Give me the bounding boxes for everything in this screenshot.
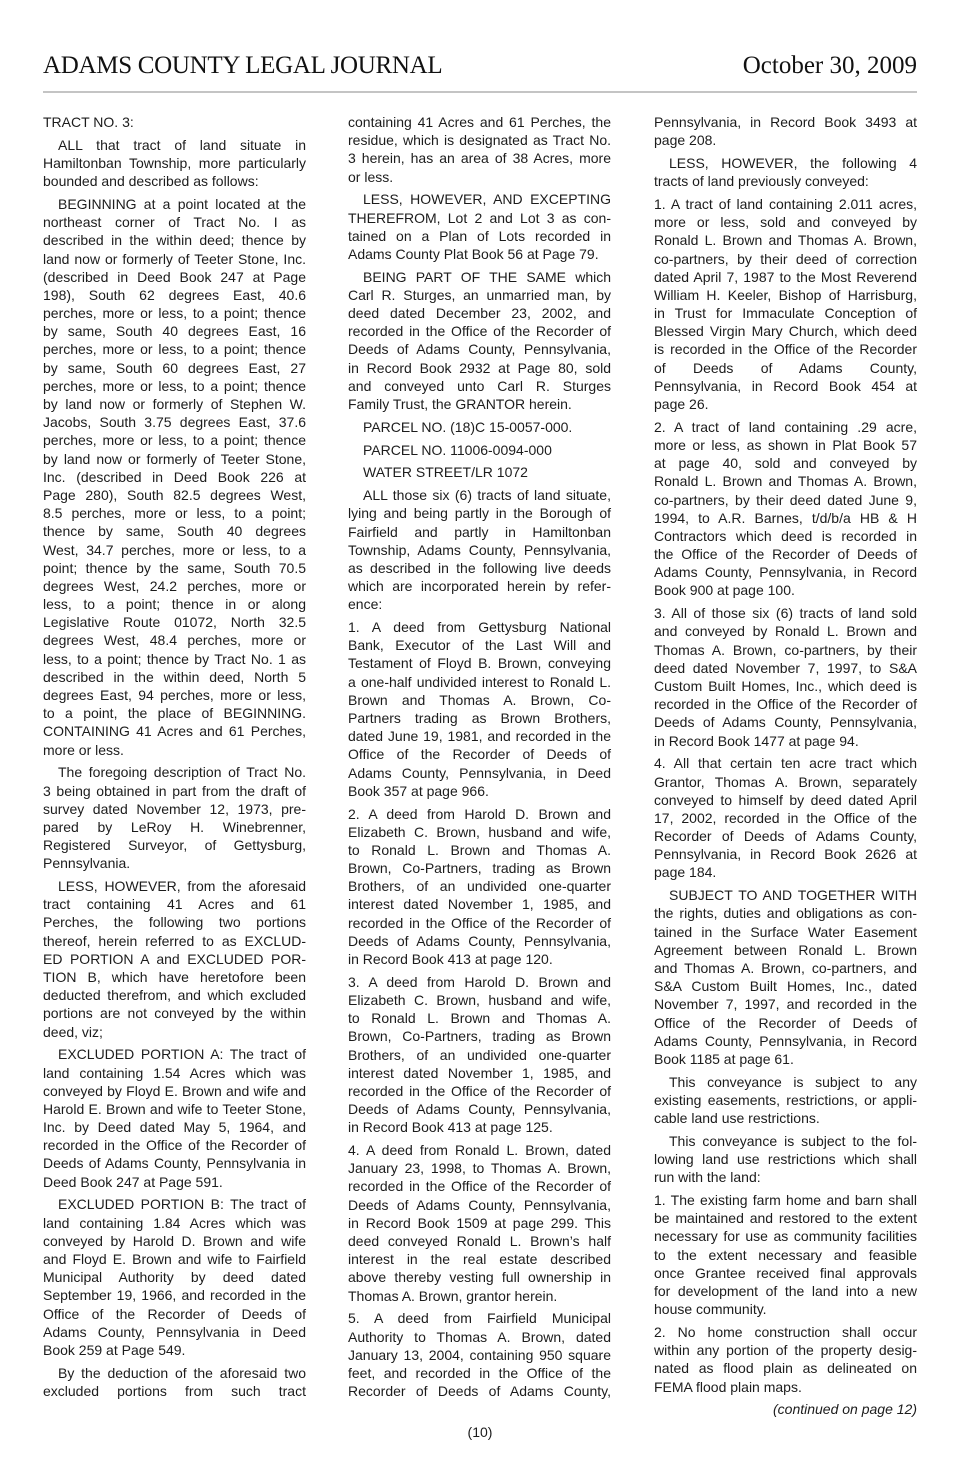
text-line: Deeds of Adams County, Pennsylvania, [348,932,611,950]
column-1: TRACT NO. 3:ALL that tract of land situa… [43,113,306,1405]
text-line: of Deeds of Adams County, [654,359,917,377]
text-line: This conveyance is subject to the fol- [654,1132,917,1150]
text-line: be maintained and restored to the extent [654,1209,917,1227]
text-line: Adams County, Pennsylvania, in Deed [348,764,611,782]
text-line: Municipal Authority by deed dated [43,1268,306,1286]
text-line: deed dated December 23, 2002, and [348,304,611,322]
text-line: LESS, HOWEVER, the following 4 [654,154,917,172]
text-line: and conveyed by Ronald L. Brown and [654,622,917,640]
text-line: to Ronald L. Brown and Thomas A. [348,841,611,859]
text-line: once Grantee received final approvals [654,1264,917,1282]
text-line: interest in the real estate described [348,1250,611,1268]
paragraph: TRACT NO. 3: [43,113,306,131]
text-line: by same, South 60 degrees East, 27 [43,359,306,377]
text-line: Agreement between Ronald L. Brown [654,941,917,959]
text-line: above thereby vesting full ownership in [348,1268,611,1286]
text-line: Thomas A. Brown, co-partners, by their [654,641,917,659]
text-line: 2. A deed from Harold D. Brown and [348,805,611,823]
text-line: Elizabeth C. Brown, husband and wife, [348,991,611,1009]
text-line: Book 900 at page 100. [654,581,917,599]
text-line: 17, 2002, recorded in the Office of the [654,809,917,827]
text-line: Ronald L. Brown and Thomas A. Brown, [654,472,917,490]
text-line: lowing land use restrictions which shall [654,1150,917,1168]
paragraph: EXCLUDED PORTION A: The tract ofland con… [43,1045,306,1191]
text-line: The foregoing description of Tract No. [43,763,306,781]
text-line: Adams County, Pennsylvania, in Record [654,1032,917,1050]
text-line: page 26. [654,395,917,413]
issue-date: October 30, 2009 [743,52,917,80]
text-line: recorded in the Office of the Recorder o… [348,1177,611,1195]
text-line: William H. Keeler, Bishop of Harrisburg, [654,286,917,304]
text-line: Office of the Recorder of Deeds of [654,1014,917,1032]
text-line: Inc. by Deed dated May 5, 1964, and [43,1118,306,1136]
text-line: PARCEL NO. (18)C 15-0057-000. [348,418,611,436]
paragraph: This conveyance is subject to anyexistin… [654,1073,917,1128]
text-line: West, 34.7 perches, more or less, to a [43,541,306,559]
text-line: Recorder of Deeds of Adams County, [348,1382,611,1400]
text-line: 3. All of those six (6) tracts of land s… [654,604,917,622]
text-line: described in the within deed; thence by [43,231,306,249]
text-line: deed, viz; [43,1023,306,1041]
text-line: recorded in the Office of the Recorder o… [43,1136,306,1154]
paragraph: LESS, HOWEVER, from the aforesaidtract c… [43,877,306,1041]
text-line: CONTAINING 41 Acres and 61 Perches, [43,722,306,740]
text-line: Registered Surveyor, of Gettysburg, [43,836,306,854]
text-line: deducted therefrom, and which excluded [43,986,306,1004]
text-line: 198), South 62 degrees East, 40.6 [43,286,306,304]
text-line: FEMA flood plain maps. [654,1378,917,1396]
text-line: EXCLUDED PORTION A: The tract of [43,1045,306,1063]
text-line: Carl R. Sturges, an unmarried man, by [348,286,611,304]
text-line: less, to a point; thence in or along [43,595,306,613]
text-line: more or less, as shown in Plat Book 57 [654,436,917,454]
text-line: survey dated November 12, 1973, pre- [43,800,306,818]
text-line: deed dated November 7, 1997, to S&A [654,659,917,677]
text-line: Office of the Recorder of Deeds of [348,745,611,763]
text-line: 1994, to A.R. Barnes, t/d/b/a HB & H [654,509,917,527]
text-line: Grantor, Thomas A. Brown, separately [654,773,917,791]
text-line: in Record Book 413 at page 125. [348,1118,611,1136]
paragraph: LESS, HOWEVER, the following 4tracts of … [654,154,917,190]
text-line: in Record Book 1477 at page 94. [654,732,917,750]
text-line: by land now or formerly of Stephen W. [43,395,306,413]
paragraph: PARCEL NO. (18)C 15-0057-000. [348,418,611,436]
header-divider [43,91,917,93]
text-line: 1. A tract of land containing 2.011 acre… [654,195,917,213]
text-line: recorded in the Office of the Recorder o… [348,914,611,932]
text-line: Deeds of Adams County, Pennsylvania, [348,1196,611,1214]
text-line: perches, more or less, to a point; thenc… [43,340,306,358]
text-line: Page 280), South 82.5 degrees West, [43,486,306,504]
text-line: the Office of the Recorder of Deeds of [654,545,917,563]
text-line: Township, Adams County, Pennsylvania, [348,541,611,559]
paragraph: BEGINNING at a point located at thenorth… [43,195,306,759]
text-line: deed conveyed Ronald L. Brown’s half [348,1232,611,1250]
paragraph: 4. A deed from Ronald L. Brown, datedJan… [348,1141,611,1305]
publication-title: ADAMS COUNTY LEGAL JOURNAL [43,52,442,80]
paragraph: ALL that tract of land situate inHamilto… [43,136,306,191]
text-line: Office of the Recorder of Deeds of [43,1305,306,1323]
text-line: LESS, HOWEVER, from the aforesaid [43,877,306,895]
text-line: excluded portions from such tract [43,1382,306,1400]
paragraph: 1. The existing farm home and barn shall… [654,1191,917,1318]
text-line: Deeds of Adams County, Pennsylvania, [654,713,917,731]
text-line: northeast corner of Tract No. I as [43,213,306,231]
text-line: ALL those six (6) tracts of land situate… [348,486,611,504]
text-line: Brothers, of an undivided one-quarter [348,1046,611,1064]
text-line: Ronald L. Brown and Thomas A. Brown, [654,231,917,249]
text-line: Elizabeth C. Brown, husband and wife, [348,823,611,841]
text-line: ALL that tract of land situate in [43,136,306,154]
text-line: containing 41 Acres and 61 Perches, the [348,113,611,131]
text-line: Hamiltonban Township, more particularly [43,154,306,172]
text-line: Pennsylvania, in Record Book 3493 at [654,113,917,131]
text-line: WATER STREET/LR 1072 [348,463,611,481]
text-line: November 7, 1997, and recorded in the [654,995,917,1013]
text-line: nated as flood plain as delineated on [654,1359,917,1377]
text-line: tracts of land previously conveyed: [654,172,917,190]
paragraph: PARCEL NO. 11006-0094-000 [348,441,611,459]
text-line: dated April 7, 1987 to the Most Reverend [654,268,917,286]
text-line: perches, more or less, to a point; thenc… [43,377,306,395]
text-line: Pennsylvania, in Record Book 454 at [654,377,917,395]
text-line: degrees East, 94 perches, more or less, [43,686,306,704]
paragraph: LESS, HOWEVER, AND EXCEPTINGTHEREFROM, L… [348,190,611,263]
text-line: BEING PART OF THE SAME which [348,268,611,286]
text-line: tained on a Plan of Lots recorded in [348,227,611,245]
text-line: Family Trust, the GRANTOR herein. [348,395,611,413]
text-line: to a point, the place of BEGINNING. [43,704,306,722]
text-line: conveyed by Harold D. Brown and wife [43,1232,306,1250]
paragraph: ALL those six (6) tracts of land situate… [348,486,611,613]
text-line: portions are not conveyed by the within [43,1004,306,1022]
text-line: Fairfield and partly in Hamiltonban [348,523,611,541]
text-line: land containing 1.84 Acres which was [43,1214,306,1232]
text-line: described in the within deed, North 5 [43,668,306,686]
text-line: cable land use restrictions. [654,1109,917,1127]
paragraph: SUBJECT TO AND TOGETHER WITHthe rights, … [654,886,917,1068]
masthead: ADAMS COUNTY LEGAL JOURNAL October 30, 2… [43,52,917,84]
text-line: more or less, sold and conveyed by [654,213,917,231]
text-line: S&A Custom Built Homes, Inc., dated [654,977,917,995]
paragraph: 3. A deed from Harold D. Brown andElizab… [348,973,611,1137]
text-line: by land now or formerly of Teeter Stone, [43,450,306,468]
text-line: recorded in the Office of the Recorder o… [654,695,917,713]
text-line: Adams County Plat Book 56 at Page 79. [348,245,611,263]
text-line: Deeds of Adams County, Pennsylvania in [43,1154,306,1172]
text-line: recorded in the Office of the Recorder o… [348,1082,611,1100]
text-line: 3 herein, has an area of 38 Acres, more [348,149,611,167]
text-line: 3. A deed from Harold D. Brown and [348,973,611,991]
text-line: LESS, HOWEVER, AND EXCEPTING [348,190,611,208]
text-line: which are incorporated herein by refer- [348,577,611,595]
text-line: Deeds of Adams County, Pennsylvania, [348,1100,611,1118]
paragraph: By the deduction of the aforesaid twoexc… [43,1364,306,1400]
text-line: Authority to Thomas A. Brown, dated [348,1328,611,1346]
text-line: Blessed Virgin Mary Church, which deed [654,322,917,340]
text-line: page 184. [654,863,917,881]
text-line: BEGINNING at a point located at the [43,195,306,213]
text-line: within any portion of the property desig… [654,1341,917,1359]
text-line: Partners trading as Brown Brothers, [348,709,611,727]
text-line: (described in Deed Book 247 at Page [43,268,306,286]
text-line: Thomas A. Brown, grantor herein. [348,1287,611,1305]
text-line: residue, which is designated as Tract No… [348,131,611,149]
text-line: EXCLUDED PORTION B: The tract of [43,1195,306,1213]
text-line: a one-half undivided interest to Ronald … [348,673,611,691]
text-line: January 23, 1998, to Thomas A. Brown, [348,1159,611,1177]
text-line: Perches, the following two portions [43,913,306,931]
paragraph: The foregoing description of Tract No.3 … [43,763,306,872]
text-line: Adams County, Pennsylvania, in Record [654,563,917,581]
text-line: as described in the following live deeds [348,559,611,577]
text-line: TRACT NO. 3: [43,113,306,131]
text-line: tract containing 41 Acres and 61 [43,895,306,913]
text-line: thereof, herein referred to as EXCLUD- [43,932,306,950]
text-line: by same, South 40 degrees East, 16 [43,322,306,340]
text-line: 2. A tract of land containing .29 acre, [654,418,917,436]
text-line: Legislative Route 01072, North 32.5 [43,613,306,631]
text-line: Custom Built Homes, Inc., which deed is [654,677,917,695]
paragraph: 4. All that certain ten acre tract which… [654,754,917,881]
text-line: Adams County, Pennsylvania in Deed [43,1323,306,1341]
paragraph: containing 41 Acres and 61 Perches, ther… [348,113,611,186]
text-line: degrees West, 48.4 perches, more or [43,631,306,649]
text-line: Testament of Floyd B. Brown, conveying [348,654,611,672]
text-line: pared by LeRoy H. Winebrenner, [43,818,306,836]
text-line: dated June 19, 1981, and recorded in the [348,727,611,745]
column-2: containing 41 Acres and 61 Perches, ther… [348,113,611,1405]
text-line: the rights, duties and obligations as co… [654,904,917,922]
text-line: to Ronald L. Brown and Thomas A. [348,1009,611,1027]
text-line: for development of the land into a new [654,1282,917,1300]
text-line: 5. A deed from Fairfield Municipal [348,1309,611,1327]
text-line: and Floyd E. Brown and wife to Fairfield [43,1250,306,1268]
text-line: 4. A deed from Ronald L. Brown, dated [348,1141,611,1159]
text-line: Brown, Co-Partners, trading as Brown [348,1027,611,1045]
text-line: SUBJECT TO AND TOGETHER WITH [654,886,917,904]
text-line: Book 357 at page 966. [348,782,611,800]
text-line: and conveyed unto Carl R. Sturges [348,377,611,395]
paragraph: This conveyance is subject to the fol-lo… [654,1132,917,1187]
paragraph: EXCLUDED PORTION B: The tract ofland con… [43,1195,306,1359]
text-line: point; thence by the same, South 70.5 [43,559,306,577]
text-line: necessary for use as community facilitie… [654,1227,917,1245]
text-line: Bank, Executor of the Last Will and [348,636,611,654]
text-line: in Record Book 2932 at Page 80, sold [348,359,611,377]
text-line: thence by same, South 40 degrees [43,522,306,540]
text-line: degrees West, 24.2 perches, more or [43,577,306,595]
paragraph: 1. A deed from Gettysburg NationalBank, … [348,618,611,800]
text-line: at page 40, sold and conveyed by [654,454,917,472]
text-line: existing easements, restrictions, or app… [654,1091,917,1109]
paragraph: 2. A tract of land containing .29 acre,m… [654,418,917,600]
text-line: 8.5 perches, more or less, to a point; [43,504,306,522]
text-line: less, to a point; thence by Tract No. 1 … [43,650,306,668]
text-line: TION B, which have heretofore been [43,968,306,986]
text-line: to the extent necessary and feasible [654,1246,917,1264]
text-line: 2. No home construction shall occur [654,1323,917,1341]
text-line: perches, more or less, to a point; thenc… [43,304,306,322]
text-line: Pennsylvania. [43,854,306,872]
text-line: 1. A deed from Gettysburg National [348,618,611,636]
text-line: bounded and described as follows: [43,172,306,190]
text-line: more or less. [43,741,306,759]
text-line: and Thomas A. Brown, co-partners, and [654,959,917,977]
text-line: This conveyance is subject to any [654,1073,917,1091]
text-line: 4. All that certain ten acre tract which [654,754,917,772]
paragraph: 2. A deed from Harold D. Brown andElizab… [348,805,611,969]
text-line: Inc. (described in Deed Book 226 at [43,468,306,486]
text-line: Pennsylvania, in Record Book 2626 at [654,845,917,863]
text-line: interest dated November 1, 1985, and [348,895,611,913]
text-line: THEREFROM, Lot 2 and Lot 3 as con- [348,209,611,227]
text-line: co-partners, by their deed of correction [654,250,917,268]
text-line: perches, more or less, to a point; thenc… [43,431,306,449]
text-line: land containing 1.54 Acres which was [43,1064,306,1082]
text-line: ED PORTION A and EXCLUDED POR- [43,950,306,968]
text-line: Book 1185 at page 61. [654,1050,917,1068]
text-line: land now or formerly of Teeter Stone, In… [43,250,306,268]
text-line: Brown, Co-Partners, trading as Brown [348,859,611,877]
text-line: or less. [348,168,611,186]
text-line: co-partners, by their deed dated June 9, [654,491,917,509]
text-line: Deeds of Adams County, Pennsylvania, [348,340,611,358]
text-line: in Record Book 413 at page 120. [348,950,611,968]
column-3: Pennsylvania, in Record Book 3493 atpage… [654,113,917,1418]
paragraph: 5. A deed from Fairfield MunicipalAuthor… [348,1309,611,1400]
text-line: conveyed by Floyd E. Brown and wife and [43,1082,306,1100]
paragraph: Pennsylvania, in Record Book 3493 atpage… [654,113,917,149]
text-line: PARCEL NO. 11006-0094-000 [348,441,611,459]
text-line: Book 259 at Page 549. [43,1341,306,1359]
text-line: Jacobs, South 3.75 degrees East, 37.6 [43,413,306,431]
text-line: recorded in the Office of the Recorder o… [348,322,611,340]
text-line: in Trust for Immaculate Conception of [654,304,917,322]
text-line: By the deduction of the aforesaid two [43,1364,306,1382]
text-line: Recorder of Deeds of Adams County, [654,827,917,845]
paragraph: BEING PART OF THE SAME whichCarl R. Stur… [348,268,611,414]
continuation-note: (continued on page 12) [654,1400,917,1418]
text-line: Harold E. Brown and wife to Teeter Stone… [43,1100,306,1118]
paragraph: 3. All of those six (6) tracts of land s… [654,604,917,750]
page-number: (10) [0,1424,960,1440]
text-line: lying and being partly in the Borough of [348,504,611,522]
text-line: 1. The existing farm home and barn shall [654,1191,917,1209]
text-line: Contractors which deed is recorded in [654,527,917,545]
text-line: Brothers, of an undivided one-quarter [348,877,611,895]
paragraph: 1. A tract of land containing 2.011 acre… [654,195,917,413]
text-line: is recorded in the Office of the Recorde… [654,340,917,358]
text-line: page 208. [654,131,917,149]
text-line: house community. [654,1300,917,1318]
text-line: January 13, 2004, containing 950 square [348,1346,611,1364]
text-line: feet, and recorded in the Office of the [348,1364,611,1382]
text-line: September 19, 1966, and recorded in the [43,1286,306,1304]
paragraph: WATER STREET/LR 1072 [348,463,611,481]
paragraph: 2. No home construction shall occurwithi… [654,1323,917,1396]
text-line: Deed Book 247 at Page 591. [43,1173,306,1191]
text-line: 3 being obtained in part from the draft … [43,782,306,800]
text-line: conveyed to himself by deed dated April [654,791,917,809]
text-line: run with the land: [654,1168,917,1186]
text-line: in Record Book 1509 at page 299. This [348,1214,611,1232]
text-line: Brown and Thomas A. Brown, Co- [348,691,611,709]
text-line: interest dated November 1, 1985, and [348,1064,611,1082]
text-line: ence: [348,595,611,613]
text-line: tained in the Surface Water Easement [654,923,917,941]
